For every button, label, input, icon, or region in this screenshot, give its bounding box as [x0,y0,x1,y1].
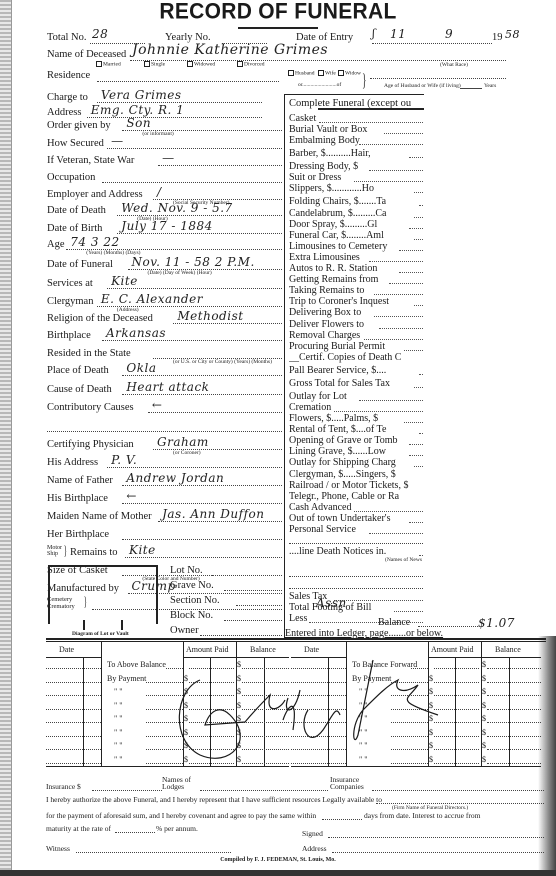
ledger-row-label: " " [114,741,123,750]
charge-dots [359,144,423,145]
charge-item[interactable]: Pall Bearer Service, $.... [289,365,423,376]
checkbox[interactable] [288,70,294,76]
charge-dots [419,433,423,434]
ledger-date-cell[interactable] [46,682,101,683]
charge-dots [409,522,423,523]
diagram-label: Diagram of Lot or Vault [72,631,129,637]
charge-item[interactable]: __Certif. Copies of Death C [289,352,423,363]
ledger-row-label: " " [114,687,123,696]
field-value: Vera Grimes [101,88,182,102]
charge-item[interactable]: Railroad / or Motor Tickets, $ [289,480,423,491]
address-field[interactable] [332,852,544,853]
field-input[interactable] [102,340,282,341]
field-input[interactable] [102,182,282,183]
year-value: 58 [505,28,520,41]
field-value: P. V. [111,453,137,467]
field-input[interactable] [158,521,282,522]
charge-dots [379,328,423,329]
ledger-balance-cell[interactable] [487,695,541,696]
percent-text: % per annum. [156,824,198,833]
ledger-date-cell[interactable] [46,749,101,750]
cemetery-field-input[interactable] [236,605,282,606]
charge-dots [409,228,423,229]
spouse-husband[interactable]: Husband [288,70,315,76]
field-value: Emg. Cty. R. 1 [91,103,185,117]
charge-item[interactable]: Lining Grave, $......Low [289,446,423,457]
authorize-text: I hereby authorize the above Funeral, an… [46,795,382,804]
total-no-label: Total No. [47,32,87,43]
ledger-balance-cell[interactable] [487,736,541,737]
field-value: Arkansas [106,326,166,340]
charge-item[interactable]: Opening of Grave or Tomb [289,435,423,446]
field-label: Religion of the Deceased [47,313,153,324]
diagram-left-post [83,620,85,630]
field-label: His Address [47,457,98,468]
charge-dots [369,533,423,534]
total-no-value: 28 [92,27,108,41]
field-label: Certifying Physician [47,439,134,450]
field-label: Place of Death [47,365,109,376]
charge-dots [409,444,423,445]
signature-scribble-right [278,655,448,755]
field-label: How Secured [47,138,104,149]
field-label: Her Birthplace [47,529,109,540]
motor-ship-prefix: MotorShip [47,545,62,557]
dollar-sign: $ [429,755,433,764]
charge-dots [409,157,423,158]
charge-dots [334,411,423,412]
field-value: — [162,151,175,165]
dollar-sign: $ [482,674,486,683]
ledger-amount-cell[interactable] [189,668,234,669]
charge-item[interactable]: Flowers, $.....Palms, $ [289,413,423,424]
ledger-rule [46,657,101,658]
charge-dots [414,217,423,218]
charge-dots [414,466,423,467]
charges-panel: Complete Funeral (except ouCasketBurial … [284,94,424,639]
charges-blank-line[interactable] [289,588,423,589]
lodges-field[interactable] [200,790,328,791]
ledger-row-label: " " [114,755,123,764]
field-label: Age [47,239,65,250]
firm-name-field[interactable] [376,803,544,804]
field-label: Cause of Death [47,384,112,395]
diagram-right-post [121,620,123,630]
charges-blank-line[interactable] [289,576,423,577]
field-input[interactable] [107,148,282,149]
charge-dots [374,294,423,295]
spouse-wife[interactable]: Wife [318,70,336,76]
field-input[interactable] [122,503,282,504]
ledger-balance-cell[interactable] [487,749,541,750]
field-value: July 17 - 1884 [121,219,212,233]
ledger-amount-header: Amount Paid [186,645,228,654]
maturity-text: maturity at the rate of [46,824,111,833]
field-value: Kite [111,274,138,288]
charge-item[interactable]: ....line Death Notices in. [289,546,423,557]
charge-item[interactable]: Outlay for Shipping Charg [289,457,423,468]
bottom-edge [0,870,556,876]
lot-diagram [48,565,158,624]
days-field[interactable] [322,819,362,820]
charge-dots [364,339,423,340]
balance-field[interactable] [418,626,478,627]
charge-dots [354,511,423,512]
signed-field[interactable] [328,837,544,838]
ledger-date-cell[interactable] [46,736,101,737]
cemetery-field-input[interactable] [212,575,282,576]
field-sublabel: (or Coroner) [173,450,201,456]
charge-dots [404,422,423,423]
field-value: E. C. Alexander [101,292,203,306]
charge-dots [409,455,423,456]
binding-edge [0,0,12,876]
ledger-row-label: To Above Balance [107,660,166,669]
address-label: Address [302,844,327,853]
field-input[interactable] [148,412,282,413]
marital-status-single[interactable]: Single [144,61,165,67]
field-value: Andrew Jordan [126,471,224,485]
ledger-date-cell[interactable] [46,709,101,710]
charges-blank-line[interactable] [289,543,423,544]
field-label: Charge to [47,92,88,103]
field-label: Date of Birth [47,223,102,234]
field-label: Date of Funeral [47,259,113,270]
balance-value: $1.07 [478,616,515,630]
field-label: Employer and Address [47,189,143,200]
charge-dots [419,555,423,556]
document-title: RECORD OF FUNERAL [0,0,556,25]
field-value: Jas. Ann Duffon [162,507,264,521]
charges-header-underline [318,108,424,110]
checkbox[interactable] [237,61,243,67]
ledger-balance-cell[interactable] [487,722,541,723]
field-label: If Veteran, State War [47,155,134,166]
cemetery-field-input[interactable] [224,620,282,621]
charge-dots [399,272,423,273]
ledger-date-header: Date [304,645,319,654]
cemetery-field-label: Grave No. [170,580,214,591]
charge-item[interactable]: (Names of News [385,557,519,563]
ledger-balance-header: Balance [250,645,276,654]
cemetery-field-label: Lot No. [170,565,203,576]
cemetery-field-label: Section No. [170,595,220,606]
companies-label: Insurance Companies [330,776,375,790]
ledger-row-label: " " [114,714,123,723]
checkbox[interactable] [318,70,324,76]
ledger-balance-cell[interactable] [487,763,541,764]
name-of-deceased-label: Name of Deceased [47,49,126,60]
field-label: His Birthplace [47,493,108,504]
ledger-amount-cell[interactable] [434,763,479,764]
charge-item[interactable]: Funeral Car, $........Aml [289,230,423,241]
dollar-sign: $ [482,728,486,737]
field-input[interactable] [158,165,282,166]
ledger-date-cell[interactable] [46,668,101,669]
ledger-balance-cell[interactable] [487,709,541,710]
interest-rate-field[interactable] [115,832,155,833]
dollar-sign: $ [482,687,486,696]
charge-item[interactable]: Door Spray, $.........Gl [289,219,423,230]
checkbox[interactable] [144,61,150,67]
ledger-date-header: Date [59,645,74,654]
charge-dots [374,316,423,317]
field-value: ← [126,489,137,503]
field-label: Resided in the State [47,348,131,359]
field-label: Maiden Name of Mother [47,511,152,522]
field-label: Name of Father [47,475,113,486]
field-sublabel: (or U.S. or City or County) (Years) (Mon… [173,359,272,365]
date-of-entry-day: 9 [445,27,453,41]
date-of-entry-field[interactable] [372,43,492,44]
field-label: Services at [47,278,93,289]
charge-item[interactable]: Trip to Coroner's Inquest [289,296,423,307]
field-value: Graham [157,435,209,449]
signed-label: Signed [302,829,323,838]
marital-status-married[interactable]: Married [96,61,121,67]
spouse-age-field[interactable] [460,88,482,89]
dollar-sign: $ [237,660,241,669]
charge-item[interactable]: Gross Total for Sales Tax [289,378,423,389]
page-edge-shadow [538,636,556,876]
charge-dots [399,250,423,251]
checkbox[interactable] [96,61,102,67]
field-value: 74 3 22 [70,235,119,249]
field-label: Clergyman [47,296,93,307]
charge-item[interactable]: Clergyman, $.....Singers, $ [289,469,423,480]
dollar-sign: $ [482,755,486,764]
spouse-of-label: or.........................of [298,82,341,88]
ledger-col-divider [101,641,102,766]
field-input[interactable] [122,485,282,486]
field-input[interactable] [122,375,282,376]
ledger-balance-cell[interactable] [487,682,541,683]
field-input[interactable] [107,467,282,468]
checkbox[interactable] [338,70,344,76]
brace: } [64,544,67,560]
title-rule [238,27,318,29]
charge-dots [369,261,423,262]
field-value: Heart attack [126,380,209,394]
charge-item[interactable]: Telegr., Phone, Cable or Ra [289,491,423,502]
charge-dots [414,305,423,306]
charge-dots [404,350,423,351]
witness-field[interactable] [76,852,231,853]
charge-dots [414,192,423,193]
field-input[interactable] [122,539,282,540]
spouse-widow[interactable]: Widow [338,70,361,76]
name-of-deceased-value: Johnnie Katherine Grimes [132,42,328,58]
cemetery-field-input[interactable] [224,590,282,591]
checkbox[interactable] [187,61,193,67]
field-label: Contributory Causes [47,402,134,413]
witness-label: Witness [46,844,70,853]
charge-item[interactable]: Slippers, $............Ho [289,183,423,194]
ledger-date-cell[interactable] [46,763,101,764]
charge-item[interactable]: Rental of Tent, $....of Te [289,424,423,435]
compiled-by: Compiled by F. J. FEDEMAN, St. Louis, Mo… [0,857,556,863]
companies-field[interactable] [372,790,544,791]
field-value: Wed. Nov. 9 - 5.7 [121,201,232,215]
marital-status-widowed[interactable]: Widowed [187,61,215,67]
what-race-label: (What Race) [440,62,468,68]
date-of-entry-month: 11 [390,27,406,41]
field-label: Address [47,107,81,118]
field-label: Date of Death [47,205,106,216]
insurance-label: Insurance $ [46,782,81,791]
ledger-row-label: " " [114,728,123,737]
lodges-label: Names of Lodges [162,776,202,790]
charge-dots [389,283,423,284]
charge-dots [319,122,423,123]
field-value: Okla [126,361,156,375]
field-label: Order given by [47,120,111,131]
field-input[interactable] [107,288,282,289]
brace: } [362,70,366,91]
field-input[interactable] [173,323,282,324]
charge-item[interactable]: Folding Chairs, $.......Ta [289,196,423,207]
date-of-entry-prefix: ʃ [372,27,376,40]
charge-item[interactable]: Candelabrum, $.........Ca [289,208,423,219]
ledger-top-rule [46,638,546,640]
charge-dots [419,374,423,375]
cemetery-field-label: Block No. [170,610,213,621]
residence-label: Residence [47,70,90,81]
field-value: / [157,185,162,199]
insurance-field[interactable] [92,790,162,791]
field-label: Remains to [70,547,118,558]
charge-dots [354,181,423,182]
charge-item[interactable]: Procuring Burial Permit [289,341,423,352]
field-label: Occupation [47,172,95,183]
dollar-sign: $ [482,714,486,723]
charge-dots [359,400,423,401]
field-value: Methodist [177,309,243,323]
charge-dots [369,170,423,171]
less-value: Assn [316,596,347,610]
ledger-desc-cell[interactable] [166,668,183,669]
charge-item[interactable]: Out of town Undertaker's [289,513,423,524]
field-value: Kite [129,543,156,557]
payment-text: for the payment of aforesaid sum, and I … [46,811,316,820]
dollar-sign: $ [482,660,486,669]
field-sublabel: (Date) (Day of Week) (Hour) [148,270,212,276]
field-value: — [111,134,124,148]
ledger-top-rule-2 [46,641,546,642]
ledger-date-cell[interactable] [46,695,101,696]
spouse-name-field[interactable] [370,78,506,79]
field-sublabel: (or informant) [142,131,173,137]
ledger-balance-header: Balance [495,645,521,654]
cemetery-field-input[interactable] [200,635,282,636]
spouse-age-label: Age of Husband or Wife (if living) [384,83,461,89]
field-label: Birthplace [47,330,91,341]
field-value: Nov. 11 - 58 2 P.M. [132,255,255,269]
ledger-balance-cell[interactable] [487,668,541,669]
residence-field[interactable] [97,81,279,82]
field-value: ← [152,398,163,412]
field-input[interactable] [125,557,282,558]
field-input[interactable] [47,431,282,432]
field-input[interactable] [87,117,262,118]
days-text: days from date. Interest to accrue from [364,811,480,820]
charge-item[interactable]: Barber, $..........Hair, [289,148,423,159]
charge-dots [414,387,423,388]
balance-label: Balance [378,617,410,628]
charge-dots [334,600,423,601]
ledger-desc-cell[interactable] [391,763,428,764]
charge-dots [394,611,423,612]
ledger-row-label: " " [114,701,123,710]
ledger-amount-header: Amount Paid [431,645,473,654]
field-input[interactable] [122,394,282,395]
dollar-sign: $ [482,701,486,710]
charge-dots [419,205,423,206]
years-label: Years [484,83,496,89]
charge-dots [414,239,423,240]
ledger-row-label: " " [359,755,368,764]
year-prefix: 19 [492,32,503,43]
charge-dots [384,133,423,134]
ledger-date-cell[interactable] [46,722,101,723]
cemetery-field-label: Owner [170,625,199,636]
marital-status-divorced[interactable]: Divorced [237,61,264,67]
dollar-sign: $ [482,741,486,750]
ledger-row-label: By Payment [107,674,146,683]
field-input[interactable] [117,233,282,234]
field-value: Son [126,116,151,130]
